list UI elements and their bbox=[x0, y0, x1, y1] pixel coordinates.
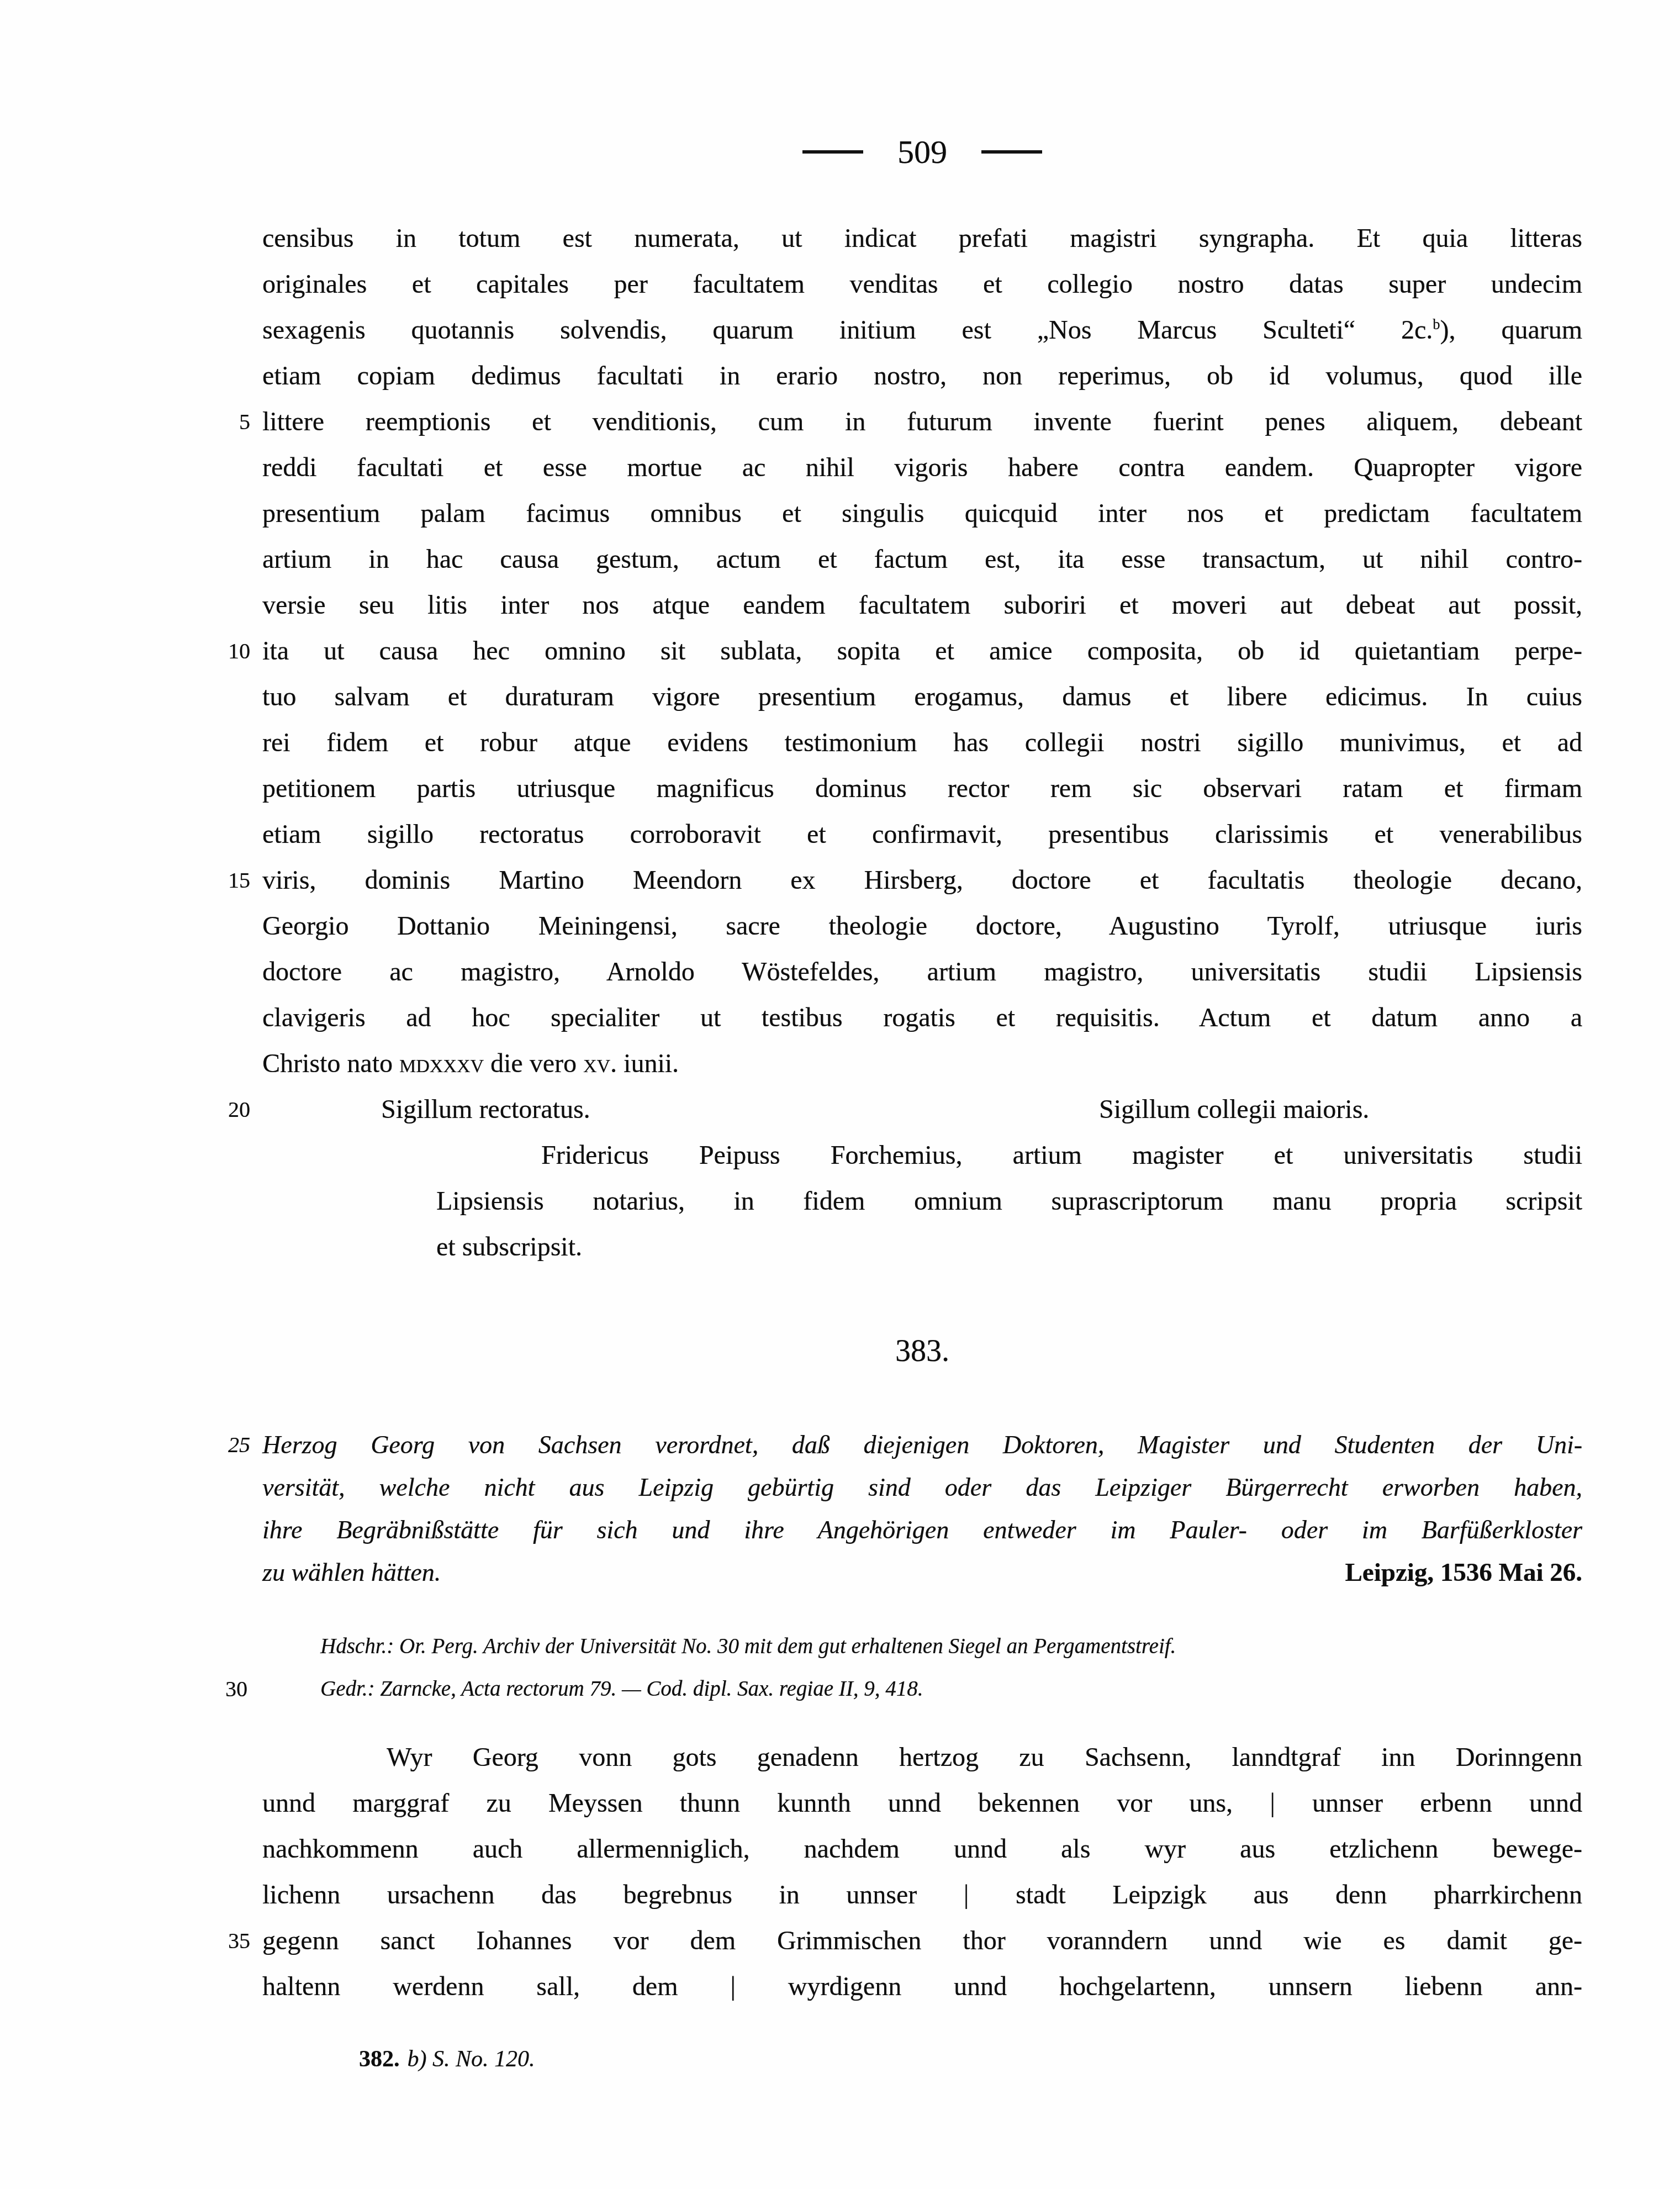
german-line: haltenn werdenn sall, dem | wyrdigenn un… bbox=[262, 1964, 1582, 2009]
notary-line: Fridericus Peipuss Forchemius, artium ma… bbox=[541, 1132, 1582, 1178]
line-number: 15 bbox=[191, 857, 250, 903]
latin-line-text: censibus in totum est numerata, ut indic… bbox=[262, 224, 1582, 253]
german-line-text: lichenn ursachenn das begrebnus in unnse… bbox=[262, 1880, 1582, 1910]
latin-line-text: ), quarum bbox=[1440, 315, 1582, 345]
latin-line-text: versie seu litis inter nos atque eandem … bbox=[262, 590, 1582, 620]
latin-line-text: petitionem partis utriusque magnificus d… bbox=[262, 774, 1582, 803]
latin-line: sexagenis quotannis solvendis, quarum in… bbox=[262, 307, 1582, 353]
roman-day: xv bbox=[583, 1049, 610, 1078]
latin-line: 5littere reemptionis et venditionis, cum… bbox=[262, 399, 1582, 445]
latin-line: doctore ac magistro, Arnoldo Wöstefeldes… bbox=[262, 949, 1582, 995]
latin-line-text: die vero bbox=[484, 1049, 583, 1078]
latin-line: artium in hac causa gestum, actum et fac… bbox=[262, 536, 1582, 582]
latin-line-text: presentium palam facimus omnibus et sing… bbox=[262, 499, 1582, 528]
line-number: 20 bbox=[191, 1086, 250, 1132]
header-rule-right bbox=[981, 150, 1042, 154]
german-line: nachkommenn auch allermenniglich, nachde… bbox=[262, 1826, 1582, 1872]
latin-line: Georgio Dottanio Meiningensi, sacre theo… bbox=[262, 903, 1582, 949]
line-number: 25 bbox=[191, 1423, 250, 1466]
german-line-text: Wyr Georg vonn gots genadenn hertzog zu … bbox=[387, 1743, 1582, 1772]
summary-line: 25Herzog Georg von Sachsen verordnet, da… bbox=[262, 1423, 1582, 1466]
notary-line-text: Fridericus Peipuss Forchemius, artium ma… bbox=[541, 1141, 1582, 1170]
latin-line: etiam copiam dedimus facultati in erario… bbox=[262, 353, 1582, 399]
notary-line-text: et subscripsit. bbox=[436, 1232, 582, 1262]
footnote-text: b) S. No. 120. bbox=[408, 2046, 535, 2072]
latin-line-text: artium in hac causa gestum, actum et fac… bbox=[262, 545, 1582, 574]
german-line: unnd marggraf zu Meyssen thunn kunnth un… bbox=[262, 1780, 1582, 1826]
latin-line-text: Georgio Dottanio Meiningensi, sacre theo… bbox=[262, 911, 1582, 941]
latin-paragraph: censibus in totum est numerata, ut indic… bbox=[262, 215, 1582, 1270]
latin-line-text: rei fidem et robur atque evidens testimo… bbox=[262, 728, 1582, 757]
reference-line-printed: 30Gedr.: Zarncke, Acta rectorum 79. — Co… bbox=[320, 1668, 1582, 1710]
reference-text: Hdschr.: Or. Perg. Archiv der Universitä… bbox=[320, 1634, 1176, 1658]
summary-line-text: zu wählen hätten. bbox=[262, 1551, 441, 1594]
summary-last-line: zu wählen hätten.Leipzig, 1536 Mai 26. bbox=[262, 1551, 1582, 1594]
regest-summary: 25Herzog Georg von Sachsen verordnet, da… bbox=[262, 1423, 1582, 1594]
summary-line-text: versität, welche nicht aus Leipzig gebür… bbox=[262, 1473, 1582, 1501]
scanned-book-page: 509 censibus in totum est numerata, ut i… bbox=[0, 0, 1680, 2189]
latin-line-text: sexagenis quotannis solvendis, quarum in… bbox=[262, 315, 1433, 345]
charter-date: Leipzig, 1536 Mai 26. bbox=[1345, 1552, 1583, 1594]
roman-year: mdxxxv bbox=[399, 1049, 484, 1078]
german-line: lichenn ursachenn das begrebnus in unnse… bbox=[262, 1872, 1582, 1918]
notary-line-text: Lipsiensis notarius, in fidem omnium sup… bbox=[436, 1186, 1582, 1216]
latin-line: tuo salvam et duraturam vigore presentiu… bbox=[262, 674, 1582, 720]
page-number: 509 bbox=[897, 133, 947, 171]
latin-line-text: . iunii. bbox=[610, 1049, 679, 1078]
latin-line: presentium palam facimus omnibus et sing… bbox=[262, 490, 1582, 536]
notary-line: et subscripsit. bbox=[436, 1224, 1582, 1270]
latin-line: versie seu litis inter nos atque eandem … bbox=[262, 582, 1582, 628]
latin-line: etiam sigillo rectoratus corroboravit et… bbox=[262, 811, 1582, 857]
latin-line: 10ita ut causa hec omnino sit sublata, s… bbox=[262, 628, 1582, 674]
seal-rectoratus: Sigillum rectoratus. bbox=[381, 1095, 590, 1124]
notary-line: Lipsiensis notarius, in fidem omnium sup… bbox=[436, 1178, 1582, 1224]
header-rule-left bbox=[802, 150, 863, 154]
german-line: 35gegenn sanct Iohannes vor dem Grimmisc… bbox=[262, 1918, 1582, 1964]
latin-line: petitionem partis utriusque magnificus d… bbox=[262, 766, 1582, 811]
german-line-text: haltenn werdenn sall, dem | wyrdigenn un… bbox=[262, 1972, 1582, 2001]
line-number: 30 bbox=[188, 1668, 247, 1710]
page-header: 509 bbox=[262, 133, 1582, 171]
latin-line-text: ita ut causa hec omnino sit sublata, sop… bbox=[262, 636, 1582, 666]
seal-attestation-row: 20Sigillum rectoratus.Sigillum collegii … bbox=[262, 1086, 1582, 1132]
latin-line: censibus in totum est numerata, ut indic… bbox=[262, 215, 1582, 261]
summary-line: ihre Begräbnißstätte für sich und ihre A… bbox=[262, 1508, 1582, 1551]
line-number: 35 bbox=[191, 1918, 250, 1964]
latin-line-text: viris, dominis Martino Meendorn ex Hirsb… bbox=[262, 866, 1582, 895]
latin-line: clavigeris ad hoc specialiter ut testibu… bbox=[262, 995, 1582, 1041]
footnote: 382.b) S. No. 120. bbox=[359, 2043, 1582, 2076]
latin-line-text: etiam copiam dedimus facultati in erario… bbox=[262, 361, 1582, 391]
line-number: 10 bbox=[191, 628, 250, 674]
line-number: 5 bbox=[191, 399, 250, 445]
latin-line-text: littere reemptionis et venditionis, cum … bbox=[262, 407, 1582, 436]
section-number-heading: 383. bbox=[262, 1331, 1582, 1372]
latin-line-text: clavigeris ad hoc specialiter ut testibu… bbox=[262, 1003, 1582, 1032]
latin-line-text: etiam sigillo rectoratus corroboravit et… bbox=[262, 820, 1582, 849]
latin-line: rei fidem et robur atque evidens testimo… bbox=[262, 720, 1582, 766]
footnote-marker-b: b bbox=[1433, 316, 1440, 333]
reference-text: Gedr.: Zarncke, Acta rectorum 79. — Cod.… bbox=[320, 1677, 923, 1701]
summary-line: versität, welche nicht aus Leipzig gebür… bbox=[262, 1466, 1582, 1508]
german-line-text: unnd marggraf zu Meyssen thunn kunnth un… bbox=[262, 1789, 1582, 1818]
seal-collegii-maioris: Sigillum collegii maioris. bbox=[1099, 1086, 1369, 1132]
latin-line: reddi facultati et esse mortue ac nihil … bbox=[262, 445, 1582, 490]
latin-line-text: reddi facultati et esse mortue ac nihil … bbox=[262, 453, 1582, 482]
summary-line-text: ihre Begräbnißstätte für sich und ihre A… bbox=[262, 1516, 1582, 1544]
german-charter-text: Wyr Georg vonn gots genadenn hertzog zu … bbox=[262, 1734, 1582, 2009]
german-line: Wyr Georg vonn gots genadenn hertzog zu … bbox=[387, 1734, 1582, 1780]
latin-line-text: originales et capitales per facultatem v… bbox=[262, 270, 1582, 299]
latin-line-text: doctore ac magistro, Arnoldo Wöstefeldes… bbox=[262, 957, 1582, 987]
source-references: Hdschr.: Or. Perg. Archiv der Universitä… bbox=[262, 1625, 1582, 1710]
latin-line-dateline: Christo nato mdxxxv die vero xv. iunii. bbox=[262, 1041, 1582, 1086]
reference-line-manuscript: Hdschr.: Or. Perg. Archiv der Universitä… bbox=[320, 1625, 1582, 1668]
latin-line: 15viris, dominis Martino Meendorn ex Hir… bbox=[262, 857, 1582, 903]
latin-line-text: Christo nato bbox=[262, 1049, 399, 1078]
latin-line-text: tuo salvam et duraturam vigore presentiu… bbox=[262, 682, 1582, 711]
german-line-text: gegenn sanct Iohannes vor dem Grimmische… bbox=[262, 1926, 1582, 1955]
latin-line: originales et capitales per facultatem v… bbox=[262, 261, 1582, 307]
summary-line-text: Herzog Georg von Sachsen verordnet, daß … bbox=[262, 1431, 1582, 1459]
footnote-number: 382. bbox=[359, 2046, 400, 2072]
german-line-text: nachkommenn auch allermenniglich, nachde… bbox=[262, 1834, 1582, 1864]
